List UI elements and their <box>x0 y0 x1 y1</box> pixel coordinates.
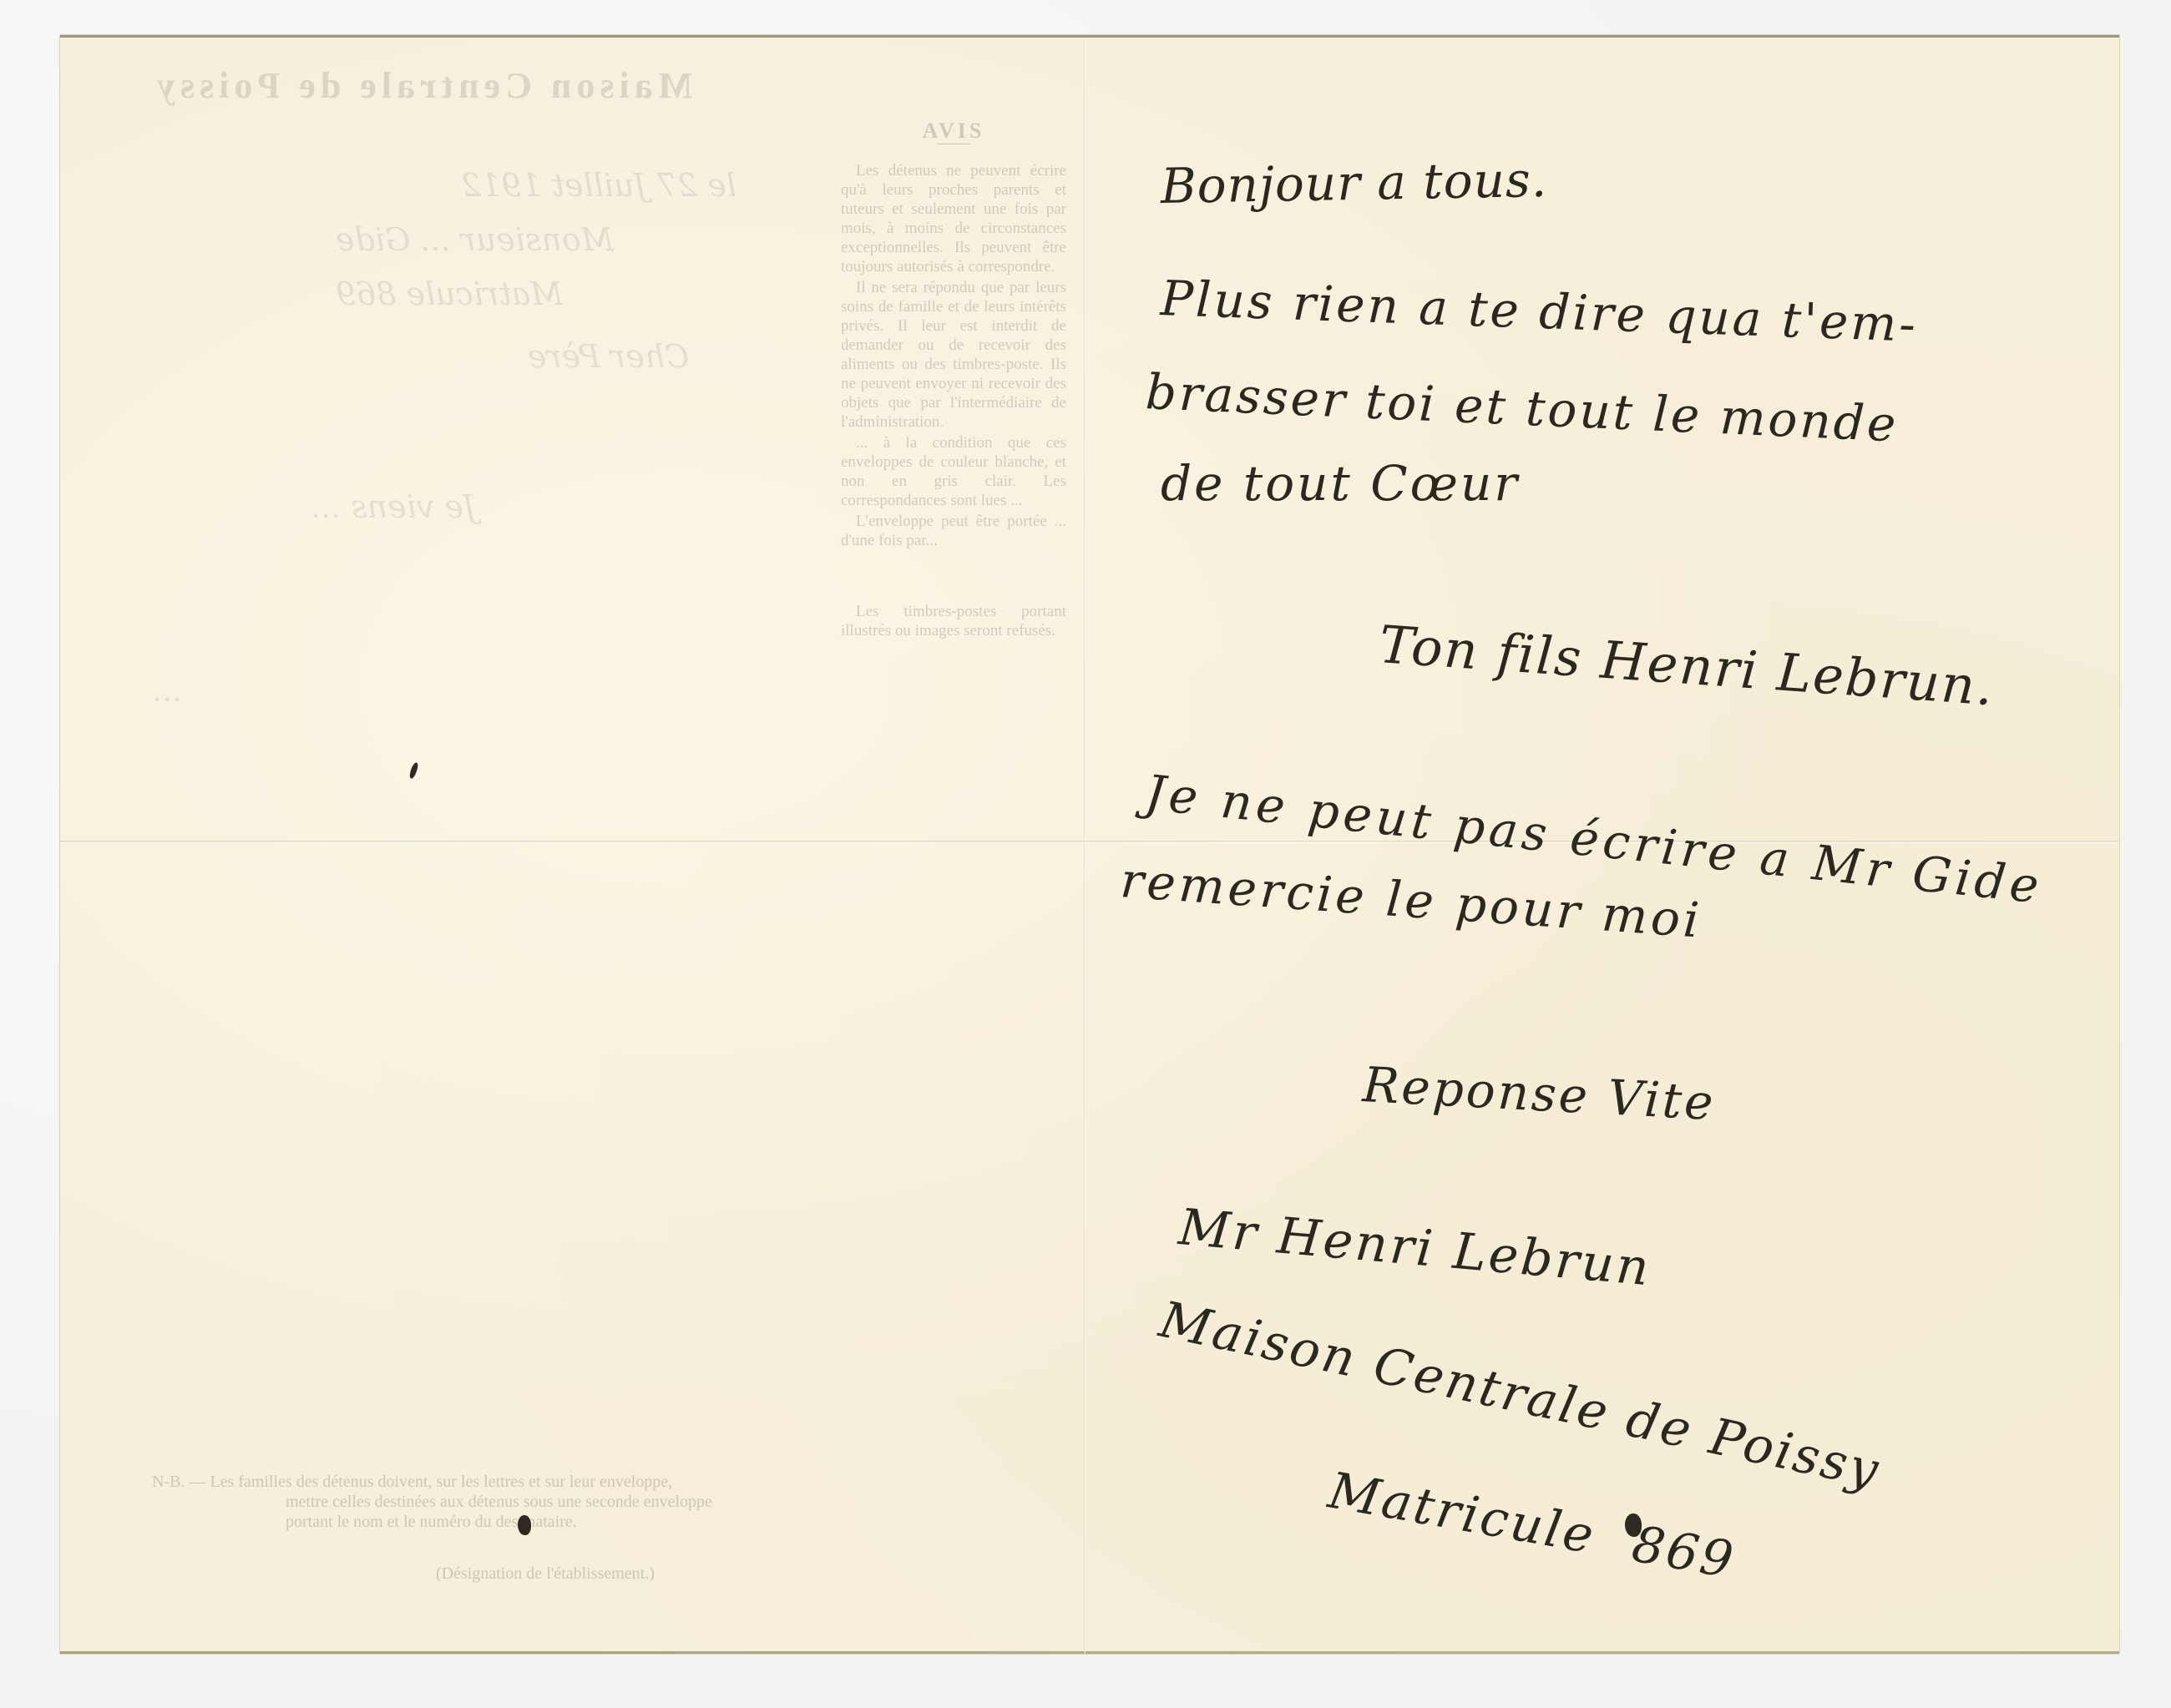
footer-note-line: N-B. — Les familles des détenus doivent,… <box>152 1472 1079 1492</box>
vertical-fold-line <box>1084 38 1085 1654</box>
footer-note-line: portant le nom et le numéro du destinata… <box>152 1512 1079 1532</box>
avis-paragraph: Il ne sera répondu que par leurs soins d… <box>841 278 1066 432</box>
return-address-matricule: Matricule 869 <box>1324 1462 1739 1591</box>
footer-note-line: (Désignation de l'établissement.) <box>152 1564 1079 1584</box>
reply-request: Reponse Vite <box>1361 1056 1717 1131</box>
avis-divider <box>937 144 970 144</box>
letter-body-line: Plus rien a te dire qua t'em- <box>1160 270 1919 353</box>
bleed-through-line: Cher Père <box>528 338 689 375</box>
letter-body-line: de tout Cœur <box>1161 455 1520 512</box>
bleed-through-header: Maison Centrale de Poissy <box>152 64 692 107</box>
footer-note: N-B. — Les familles des détenus doivent,… <box>152 1472 1079 1584</box>
ink-mark <box>408 761 419 779</box>
matricule-number: 869 <box>1628 1515 1740 1590</box>
letter-sheet: Maison Centrale de Poissy le 27 Juillet … <box>60 35 2119 1654</box>
avis-paragraph: L'enveloppe peut être portée ... d'une f… <box>841 512 1066 550</box>
avis-notice-column: AVIS Les détenus ne peuvent écrire qu'à … <box>841 121 1066 642</box>
matricule-label: Matricule <box>1324 1462 1600 1566</box>
return-address-name: Mr Henri Lebrun <box>1177 1198 1653 1297</box>
return-address-institution: Maison Centrale de Poissy <box>1155 1291 1885 1500</box>
bleed-through-line: Matricule 869 <box>336 275 563 312</box>
footer-note-line: mettre celles destinées aux détenus sous… <box>152 1492 1079 1512</box>
bleed-through-line: Je viens ... <box>311 488 476 525</box>
avis-paragraph: Les détenus ne peuvent écrire qu'à leurs… <box>841 161 1066 276</box>
letter-greeting: Bonjour a tous. <box>1160 151 1547 215</box>
bleed-through-line: Monsieur ... Gide <box>336 221 614 258</box>
avis-paragraph: ... à la condition que ces enveloppes de… <box>841 433 1066 510</box>
avis-paragraph: Les timbres-postes portant illustrés ou … <box>841 602 1066 640</box>
letter-body-line: brasser toi et tout le monde <box>1145 363 1900 452</box>
bleed-through-line: ... <box>152 672 182 709</box>
letter-signature: Ton fils Henri Lebrun. <box>1377 614 1996 717</box>
bleed-through-line: le 27 Juillet 1912 <box>461 167 736 204</box>
avis-title: AVIS <box>841 121 1066 140</box>
ink-blot <box>518 1515 531 1535</box>
